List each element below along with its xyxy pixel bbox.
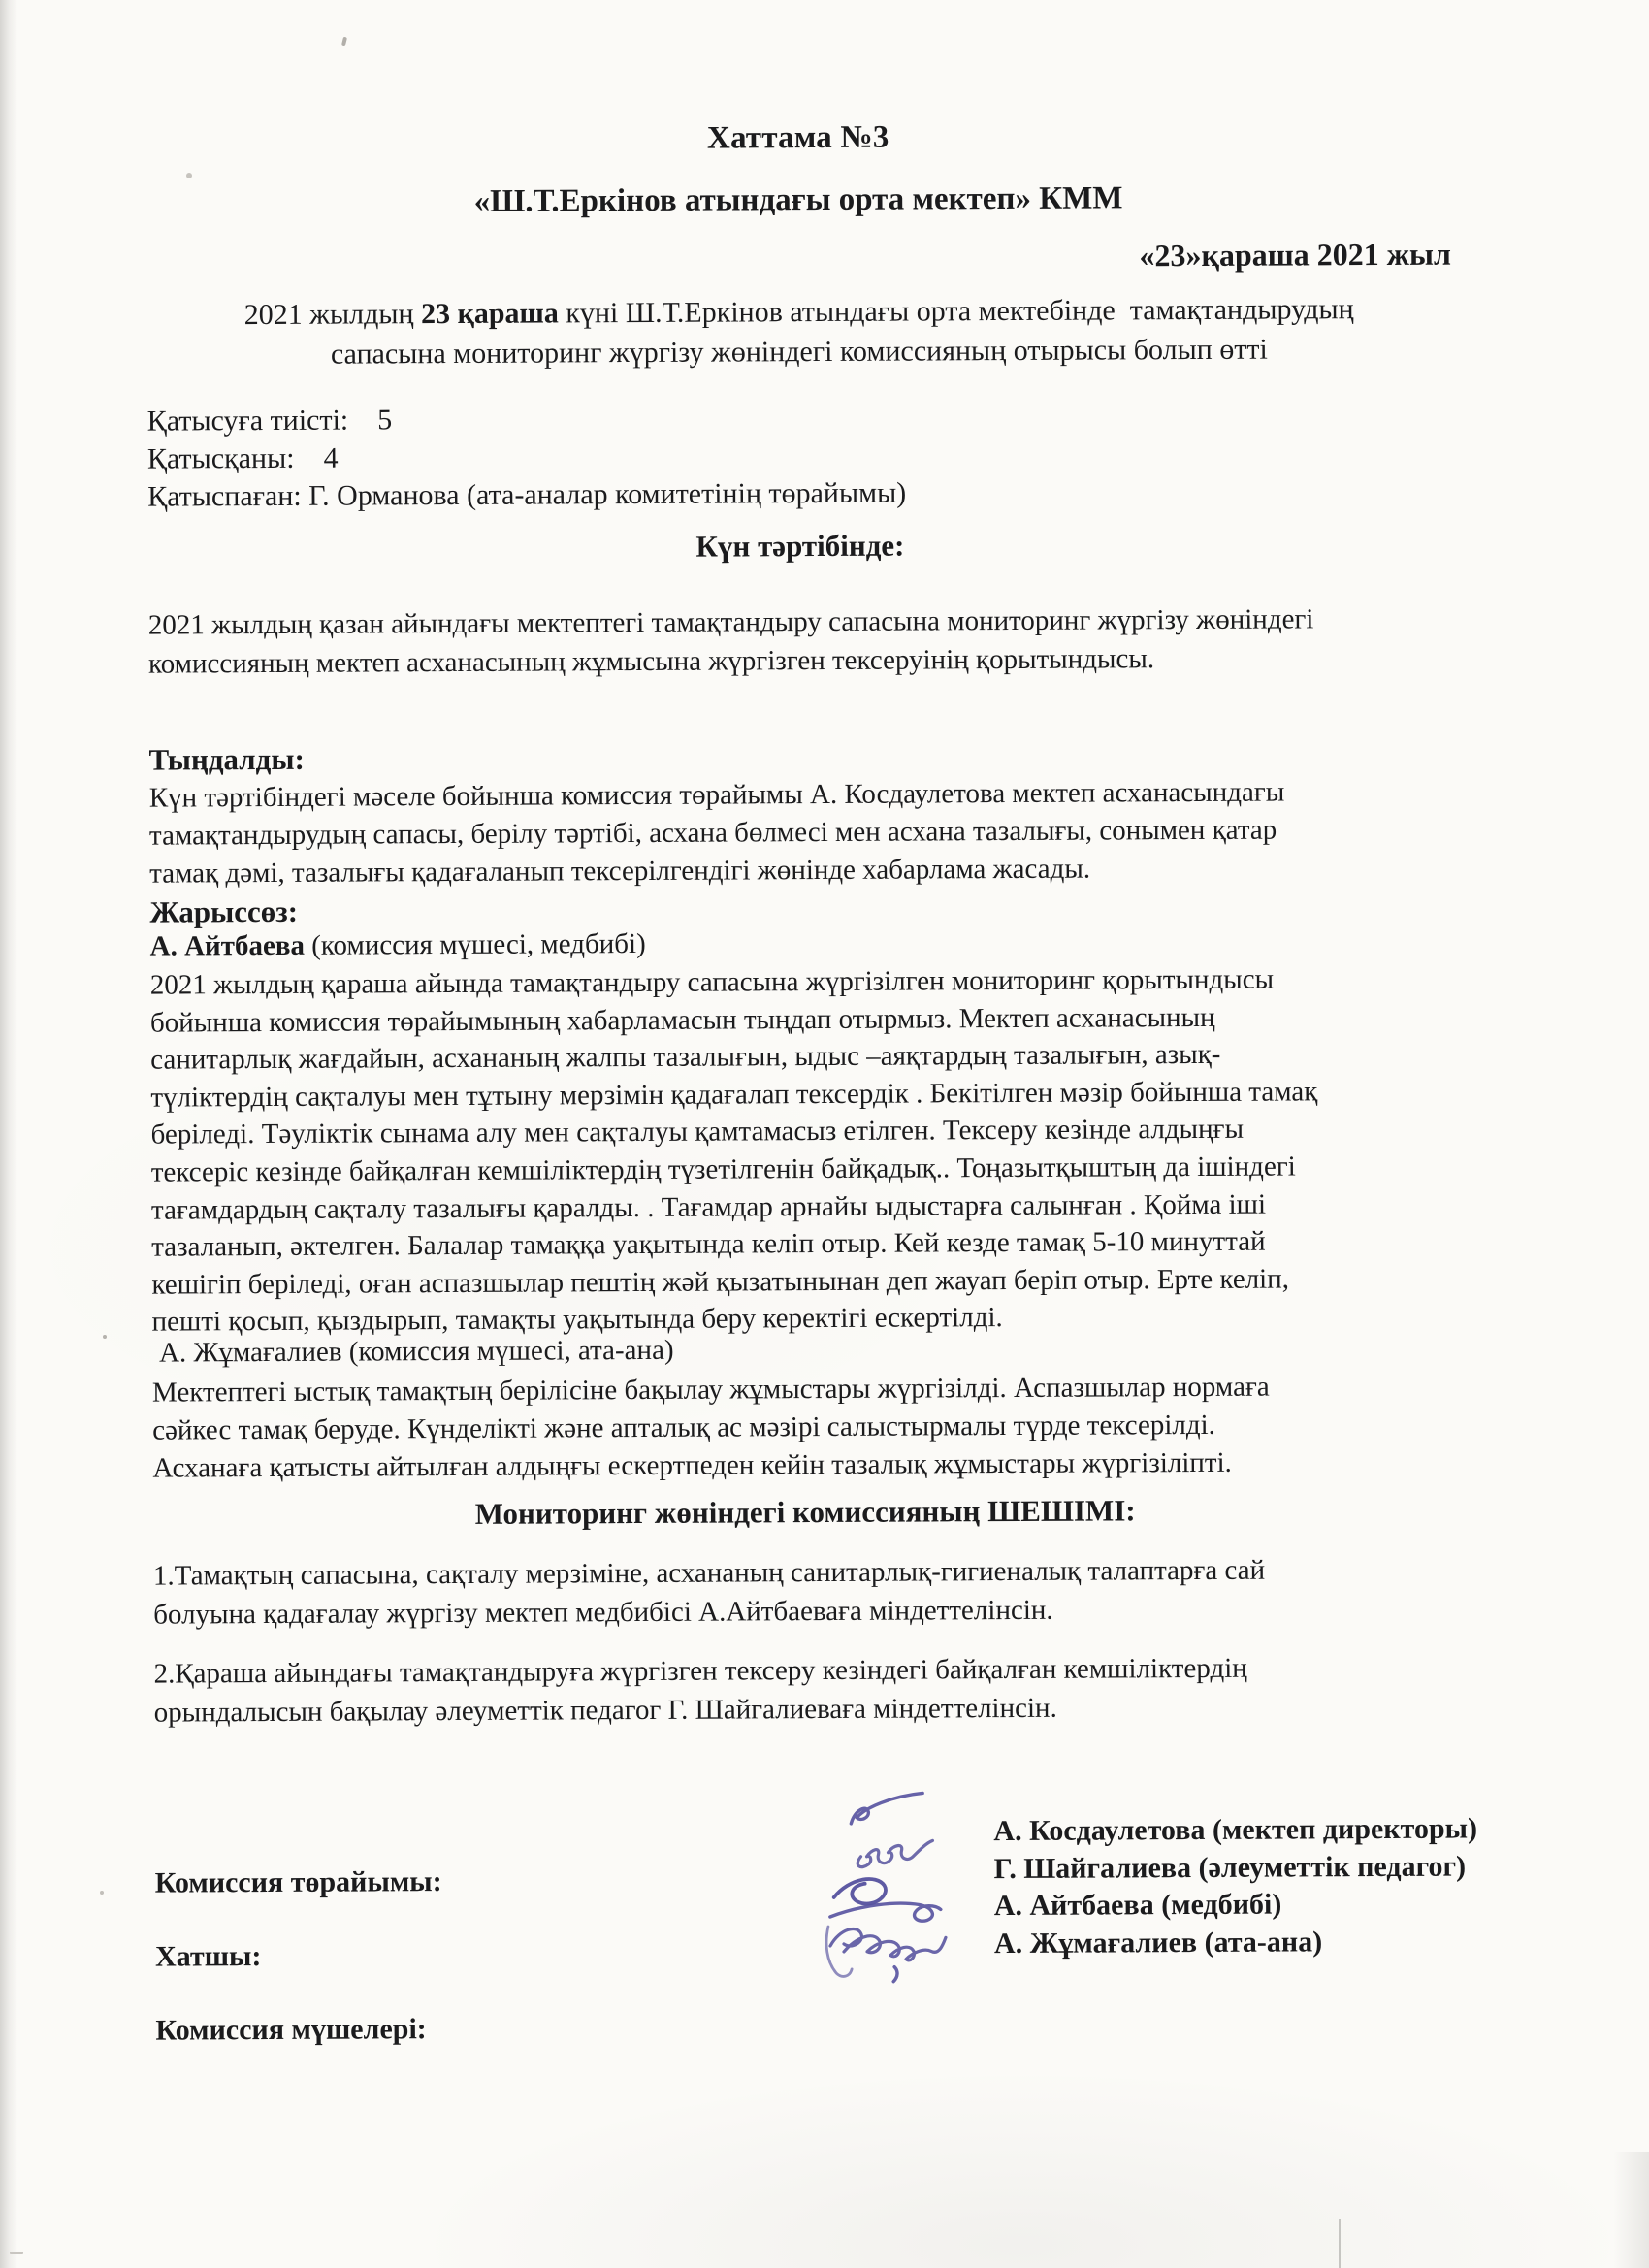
speaker2-line: А. Жұмағалиев (комиссия мүшесі, ата-ана) — [152, 1331, 1457, 1370]
paper-background: Хаттама №3 «Ш.Т.Еркінов атындағы орта ме… — [0, 0, 1649, 2268]
speaker1-speech: 2021 жылдың қараша айында тамақтандыру с… — [150, 960, 1457, 1342]
intro-text: 2021 жылдың — [244, 298, 422, 331]
intro-line-1: 2021 жылдың 23 қараша күні Ш.Т.Еркінов а… — [146, 289, 1451, 336]
document-title: Хаттама №3 — [145, 117, 1450, 160]
document-content: Хаттама №3 «Ш.Т.Еркінов атындағы орта ме… — [0, 0, 1649, 2268]
speaker1-name: А. Айтбаева — [150, 930, 306, 962]
intro-text: күні Ш.Т.Еркінов атындағы орта мектебінд… — [559, 293, 1354, 329]
agenda-heading: Күн тәртібінде: — [147, 526, 1452, 567]
decision-item-1: 1.Тамақтың сапасына, сақталу мерзіміне, … — [153, 1550, 1458, 1635]
heard-heading: Тыңдалды: — [148, 736, 1453, 778]
attendance-absent-row: Қатыспаған: Г. Орманова (ата-аналар коми… — [147, 471, 1452, 516]
speaker1-line: А. Айтбаева (комиссия мүшесі, медбибі) — [150, 924, 1455, 963]
signature-name-director: А. Косдаулетова (мектеп директоры) — [993, 1810, 1477, 1850]
signature-name-social-pedagog: Г. Шайгалиева (әлеуметтік педагог) — [993, 1848, 1477, 1888]
signature-ink-scribble — [814, 1780, 960, 1990]
attendance-required-value: 5 — [377, 404, 392, 436]
speaker2-speech: Мектептегі ыстық тамақтың берілісіне бақ… — [152, 1368, 1458, 1488]
attendance-block: Қатысуға тиісті:5 Қатысқаны:4 Қатыспаған… — [147, 396, 1453, 516]
signature-name-parent: А. Жұмағалиев (ата-ана) — [994, 1923, 1478, 1962]
signature-name-nurse: А. Айтбаева (медбибі) — [994, 1885, 1478, 1925]
signature-label-members: Комиссия мүшелері: — [155, 2006, 1460, 2050]
organization-name: «Ш.Т.Еркінов атындағы орта мектеп» КММ — [145, 179, 1450, 222]
document-date: «23»қараша 2021 жыл — [146, 237, 1459, 279]
signature-name-list: А. Косдаулетова (мектеп директоры) Г. Ша… — [993, 1810, 1477, 1962]
intro-line-2: сапасына мониторинг жүргізу жөніндегі ко… — [146, 329, 1451, 375]
debate-heading: Жарыссөз: — [149, 889, 1454, 930]
intro-paragraph: 2021 жылдың 23 қараша күні Ш.Т.Еркінов а… — [146, 289, 1451, 375]
attendance-attended-label: Қатысқаны: — [147, 442, 295, 475]
attendance-attended-value: 4 — [323, 442, 338, 474]
speaker1-role: (комиссия мүшесі, медбибі) — [305, 928, 646, 961]
attendance-required-label: Қатысуға тиісті: — [147, 405, 349, 437]
heard-paragraph: Күн тәртібіндегі мәселе бойынша комиссия… — [149, 773, 1455, 893]
scanned-document-page: { "header": { "title": "Хаттама №3", "or… — [0, 0, 1649, 2268]
intro-date-bold: 23 қараша — [421, 297, 559, 330]
agenda-paragraph: 2021 жылдың қазан айындағы мектептегі та… — [148, 599, 1453, 684]
decision-heading: Мониторинг жөніндегі комиссияның ШЕШІМІ: — [153, 1492, 1458, 1534]
decision-item-2: 2.Қараша айындағы тамақтандыруға жүргізг… — [153, 1648, 1458, 1733]
